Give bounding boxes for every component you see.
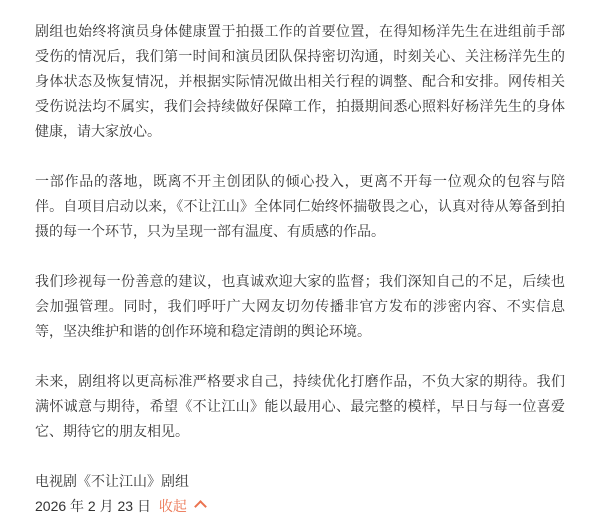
statement-footer: 电视剧《不让江山》剧组 2026 年 2 月 23 日 收起 — [35, 469, 565, 519]
statement-paragraph-4: 未来，剧组将以更高标准严格要求自己，持续优化打磨作品，不负大家的期待。我们满怀诚… — [35, 369, 565, 444]
signature-line: 电视剧《不让江山》剧组 — [35, 469, 565, 494]
statement-paragraph-1: 剧组也始终将演员身体健康置于拍摄工作的首要位置，在得知杨洋先生在进组前手部受伤的… — [35, 19, 565, 144]
date-text: 2026 年 2 月 23 日 — [35, 498, 151, 514]
statement-body: 剧组也始终将演员身体健康置于拍摄工作的首要位置，在得知杨洋先生在进组前手部受伤的… — [0, 0, 597, 519]
chevron-up-icon — [194, 500, 207, 513]
collapse-link[interactable]: 收起 — [159, 498, 205, 514]
date-line: 2026 年 2 月 23 日 收起 — [35, 494, 565, 519]
statement-paragraph-3: 我们珍视每一份善意的建议，也真诚欢迎大家的监督；我们深知自己的不足，后续也会加强… — [35, 269, 565, 344]
statement-paragraph-2: 一部作品的落地，既离不开主创团队的倾心投入，更离不开每一位观众的包容与陪伴。自项… — [35, 169, 565, 244]
collapse-link-label: 收起 — [159, 498, 187, 514]
